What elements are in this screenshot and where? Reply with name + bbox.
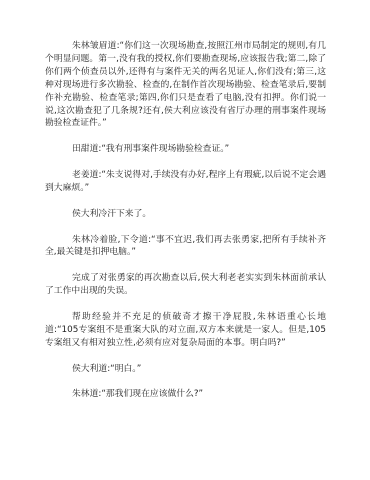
paragraph-4: 侯大利冷汗下来了。 (45, 208, 326, 221)
paragraph-8: 侯大利道:“明白。” (45, 363, 326, 376)
paragraph-9: 朱林道:“那我们现在应该做什么?” (45, 388, 326, 401)
paragraph-6: 完成了对张勇家的再次勘查以后,侯大利老老实实到朱林面前承认了工作中出现的失误。 (45, 272, 326, 298)
novel-text-block: 朱林皱眉道:“你们这一次现场勘查,按照江州市局制定的规则,有几个明显问题。第一,… (45, 40, 326, 414)
paragraph-2: 田甜道:“我有刑事案件现场勘验检查证。” (45, 143, 326, 156)
paragraph-5: 朱林冷着脸,下令道:“事不宜迟,我们再去张勇家,把所有手续补齐全,最关键是扣押电… (45, 234, 326, 260)
paragraph-1: 朱林皱眉道:“你们这一次现场勘查,按照江州市局制定的规则,有几个明显问题。第一,… (45, 40, 326, 130)
paragraph-3: 老姜道:“朱支说得对,手续没有办好,程序上有瑕疵,以后说不定会遇到大麻烦。” (45, 169, 326, 195)
reader-page: 朱林皱眉道:“你们这一次现场勘查,按照江州市局制定的规则,有几个明显问题。第一,… (0, 0, 370, 480)
paragraph-7: 帮助经验并不充足的侦破奇才擦干净屁股,朱林语重心长地道:“105专案组不是重案大… (45, 311, 326, 350)
